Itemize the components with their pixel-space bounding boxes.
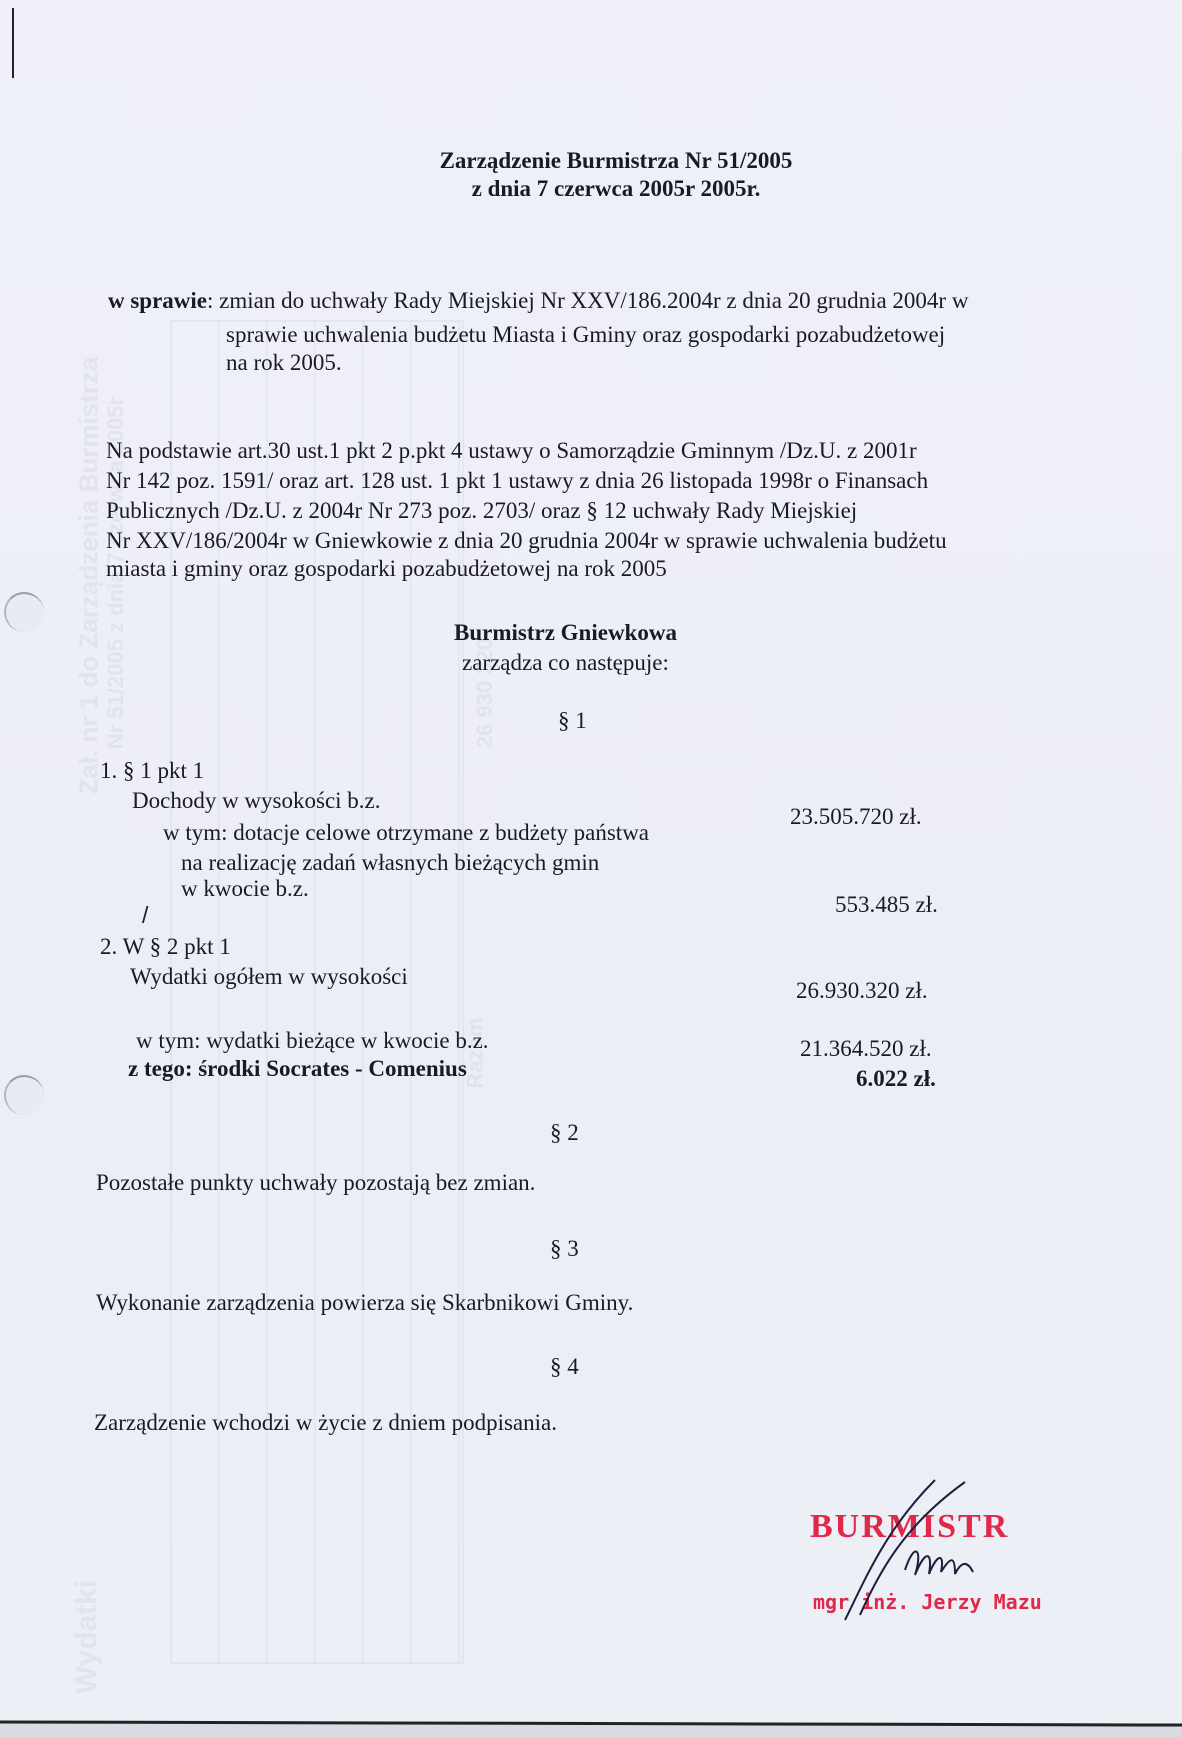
section-3-text: Wykonanie zarządzenia powierza się Skarb…	[96, 1290, 633, 1316]
punch-hole	[4, 592, 44, 632]
section-3-heading: § 3	[550, 1236, 579, 1262]
expenses-label: Wydatki ogółem w wysokości	[130, 964, 408, 990]
subject-text: : zmian do uchwały Rady Miejskiej Nr XXV…	[207, 288, 968, 313]
item-2-label: 2. W § 2 pkt 1	[100, 934, 231, 960]
legal-basis-line: Nr 142 poz. 1591/ oraz art. 128 ust. 1 p…	[106, 468, 928, 494]
subject-text: na rok 2005.	[226, 350, 342, 376]
mayor-stamp: BURMISTR mgr inż. Jerzy Mazu	[805, 1470, 1085, 1630]
current-expenses-amount: 21.364.520 zł.	[800, 1036, 932, 1062]
grants-line: na realizację zadań własnych bieżących g…	[181, 850, 599, 876]
legal-basis-line: Publicznych /Dz.U. z 2004r Nr 273 poz. 2…	[106, 498, 857, 524]
socrates-label: z tego: środki Socrates - Comenius	[128, 1056, 467, 1082]
document-date: z dnia 7 czerwca 2005r 2005r.	[25, 176, 1182, 202]
income-amount: 23.505.720 zł.	[790, 804, 922, 830]
punch-hole	[4, 1075, 44, 1115]
current-expenses-label: w tym: wydatki bieżące w kwocie b.z.	[136, 1028, 489, 1054]
section-4-heading: § 4	[550, 1354, 579, 1380]
bleed-through-text: Wydatki	[70, 1580, 104, 1694]
legal-basis-line: Na podstawie art.30 ust.1 pkt 2 p.pkt 4 …	[106, 438, 917, 464]
signature-icon	[805, 1470, 1085, 1630]
section-2-heading: § 2	[550, 1120, 579, 1146]
grants-amount: 553.485 zł.	[835, 892, 938, 918]
section-1-heading: § 1	[558, 708, 587, 734]
issuer: Burmistrz Gniewkowa	[454, 620, 677, 646]
legal-basis-line: Nr XXV/186/2004r w Gniewkowie z dnia 20 …	[106, 528, 947, 554]
income-label: Dochody w wysokości b.z.	[132, 788, 381, 814]
item-1-label: 1. § 1 pkt 1	[100, 758, 204, 784]
issuer-action: zarządza co następuje:	[462, 650, 669, 676]
subject-label: w sprawie	[108, 288, 207, 313]
section-2-text: Pozostałe punkty uchwały pozostają bez z…	[96, 1170, 535, 1196]
subject-text: sprawie uchwalenia budżetu Miasta i Gmin…	[226, 322, 945, 348]
expenses-amount: 26.930.320 zł.	[796, 978, 928, 1004]
page-bottom-edge	[0, 1720, 1182, 1737]
bleed-through-text: Zał. nr 1 do Zarządzenia Burmistrza	[73, 357, 104, 795]
margin-line	[12, 8, 14, 78]
section-4-text: Zarządzenie wchodzi w życie z dniem podp…	[94, 1410, 557, 1436]
document-title: Zarządzenie Burmistrza Nr 51/2005	[25, 148, 1182, 174]
scanned-page: Zał. nr 1 do Zarządzenia Burmistrza Nr 5…	[0, 0, 1182, 1722]
legal-basis-line: miasta i gminy oraz gospodarki pozabudże…	[106, 556, 667, 582]
slash-mark: /	[142, 902, 148, 928]
grants-line: w kwocie b.z.	[181, 876, 309, 902]
socrates-amount: 6.022 zł.	[856, 1066, 936, 1092]
subject-line: w sprawie: zmian do uchwały Rady Miejski…	[108, 288, 968, 314]
grants-line: w tym: dotacje celowe otrzymane z budżet…	[163, 820, 649, 846]
